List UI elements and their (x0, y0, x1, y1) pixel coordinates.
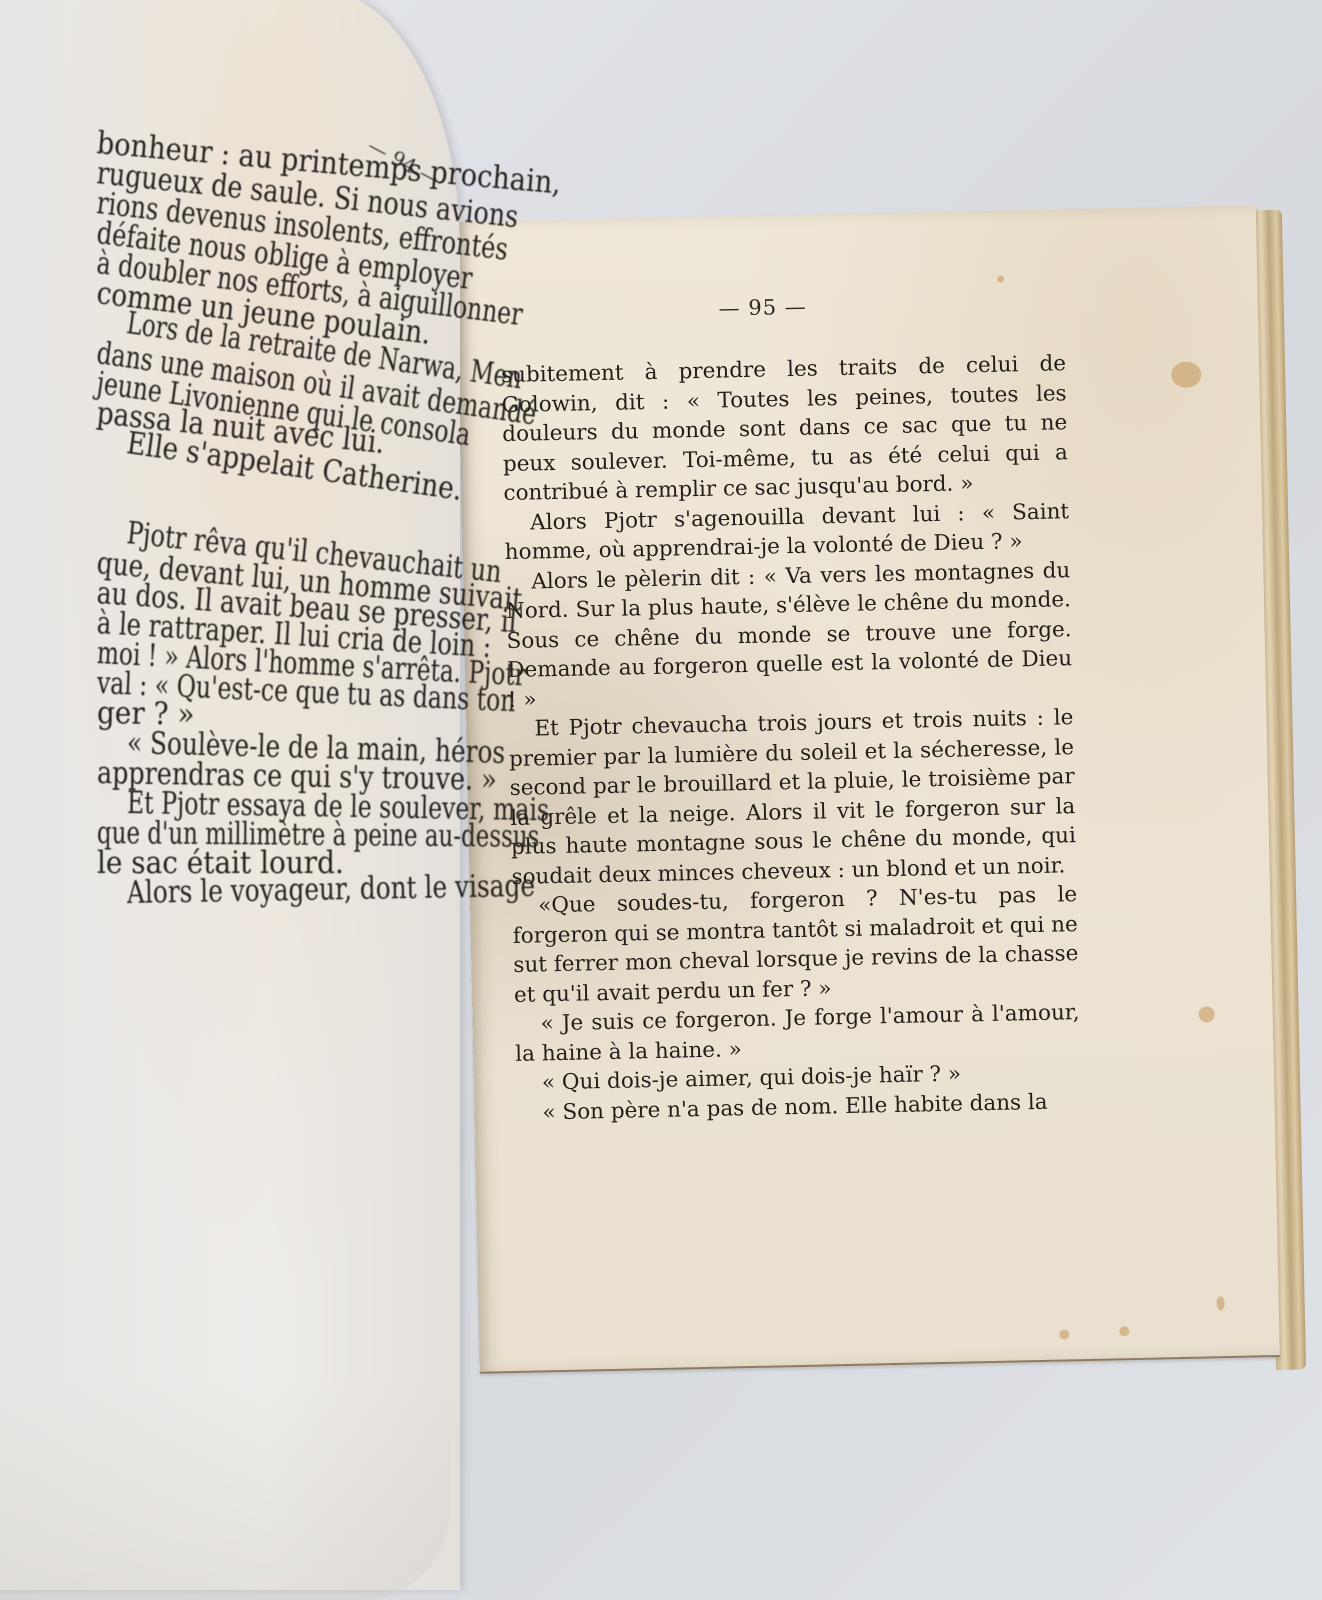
foxing-stain (1059, 1329, 1069, 1339)
left-page-curl (0, 1380, 450, 1600)
text-line: Alors le voyageur, dont le visage (127, 871, 543, 908)
book-photo: — 95 — subitement à prendre les traits d… (0, 0, 1322, 1600)
foxing-stain (1198, 1006, 1214, 1022)
foxing-stain (1171, 361, 1202, 388)
left-page-text: bonheur : au printemps prochain, rugueux… (97, 128, 617, 908)
foxing-stain (997, 276, 1004, 283)
foxing-stain (1119, 1326, 1129, 1336)
foxing-stain (1217, 1296, 1225, 1310)
